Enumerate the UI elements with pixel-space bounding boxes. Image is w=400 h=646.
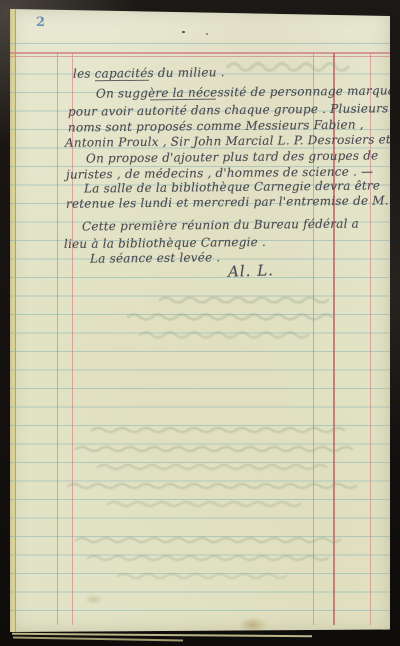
- paper-stain: [84, 594, 104, 605]
- paper-stain: [238, 617, 268, 633]
- ledger-page: 2 les: [10, 9, 390, 632]
- handwriting-line: La séance est levée .: [90, 250, 221, 265]
- ink-speck: [182, 31, 185, 33]
- handwriting-line: Cette première réunion du Bureau fédéral…: [82, 217, 359, 234]
- underlying-page-edge: [13, 637, 183, 642]
- handwriting-line: lieu à la bibliothèque Carnegie .: [64, 235, 266, 251]
- handwriting-line: les capacités du milieu .: [73, 65, 225, 81]
- ink-speck: [206, 33, 208, 35]
- scanned-ledger-photo: 2 les: [0, 0, 400, 646]
- signature: Al. L.: [228, 261, 275, 281]
